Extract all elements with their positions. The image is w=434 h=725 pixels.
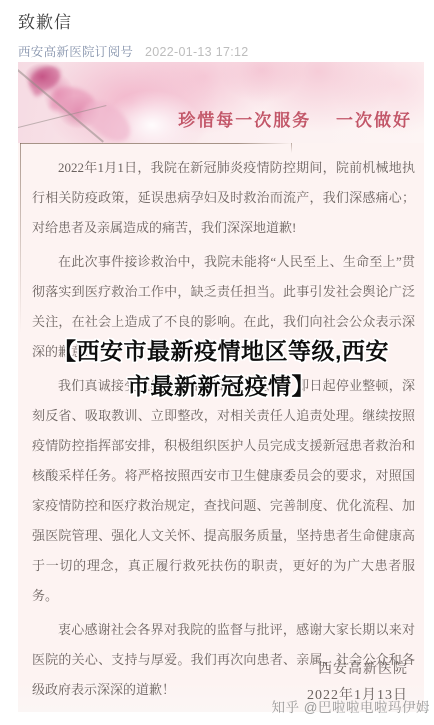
zhihu-watermark: 知乎 @巴啦啦电啦玛伊姆 xyxy=(272,696,430,716)
page-title: 致歉信 xyxy=(18,8,416,33)
apology-letter-image[interactable]: 珍惜每一次服务 一次做好 2022年1月1日，我院在新冠肺炎疫情防控期间，院前机… xyxy=(18,62,424,712)
letter-paragraph: 我们真诚接受上级主管部门的处理意见，即日起停业整顿，深刻反省、吸取教训、立即整改… xyxy=(32,371,415,611)
article-meta: 西安高新医院订阅号 2022-01-13 17:12 xyxy=(18,42,416,60)
banner-slogan: 珍惜每一次服务 一次做好 xyxy=(178,106,412,131)
slogan-part-2: 一次做好 xyxy=(336,111,412,130)
letter-body: 2022年1月1日，我院在新冠肺炎疫情防控期间，院前机械地执行相关防疫政策，延误… xyxy=(18,143,424,705)
letter-banner: 珍惜每一次服务 一次做好 xyxy=(18,62,424,143)
account-name-link[interactable]: 西安高新医院订阅号 xyxy=(18,45,133,59)
publish-timestamp: 2022-01-13 17:12 xyxy=(145,45,249,59)
article-page: 致歉信 西安高新医院订阅号 2022-01-13 17:12 珍惜每一次服务 一… xyxy=(0,0,434,725)
letter-signature: 西安高新医院 xyxy=(318,658,408,678)
overlay-caption-line1: 【西安市最新疫情地区等级,西安 xyxy=(53,338,389,364)
slogan-part-1: 珍惜每一次服务 xyxy=(178,111,311,130)
article-header: 致歉信 西安高新医院订阅号 2022-01-13 17:12 xyxy=(0,0,434,60)
overlay-caption-line2: 市最新新冠疫情】 xyxy=(127,373,315,399)
overlay-caption: 【西安市最新疫情地区等级,西安 市最新新冠疫情】 xyxy=(18,334,424,404)
letter-paragraph: 2022年1月1日，我院在新冠肺炎疫情防控期间，院前机械地执行相关防疫政策，延误… xyxy=(32,153,415,243)
